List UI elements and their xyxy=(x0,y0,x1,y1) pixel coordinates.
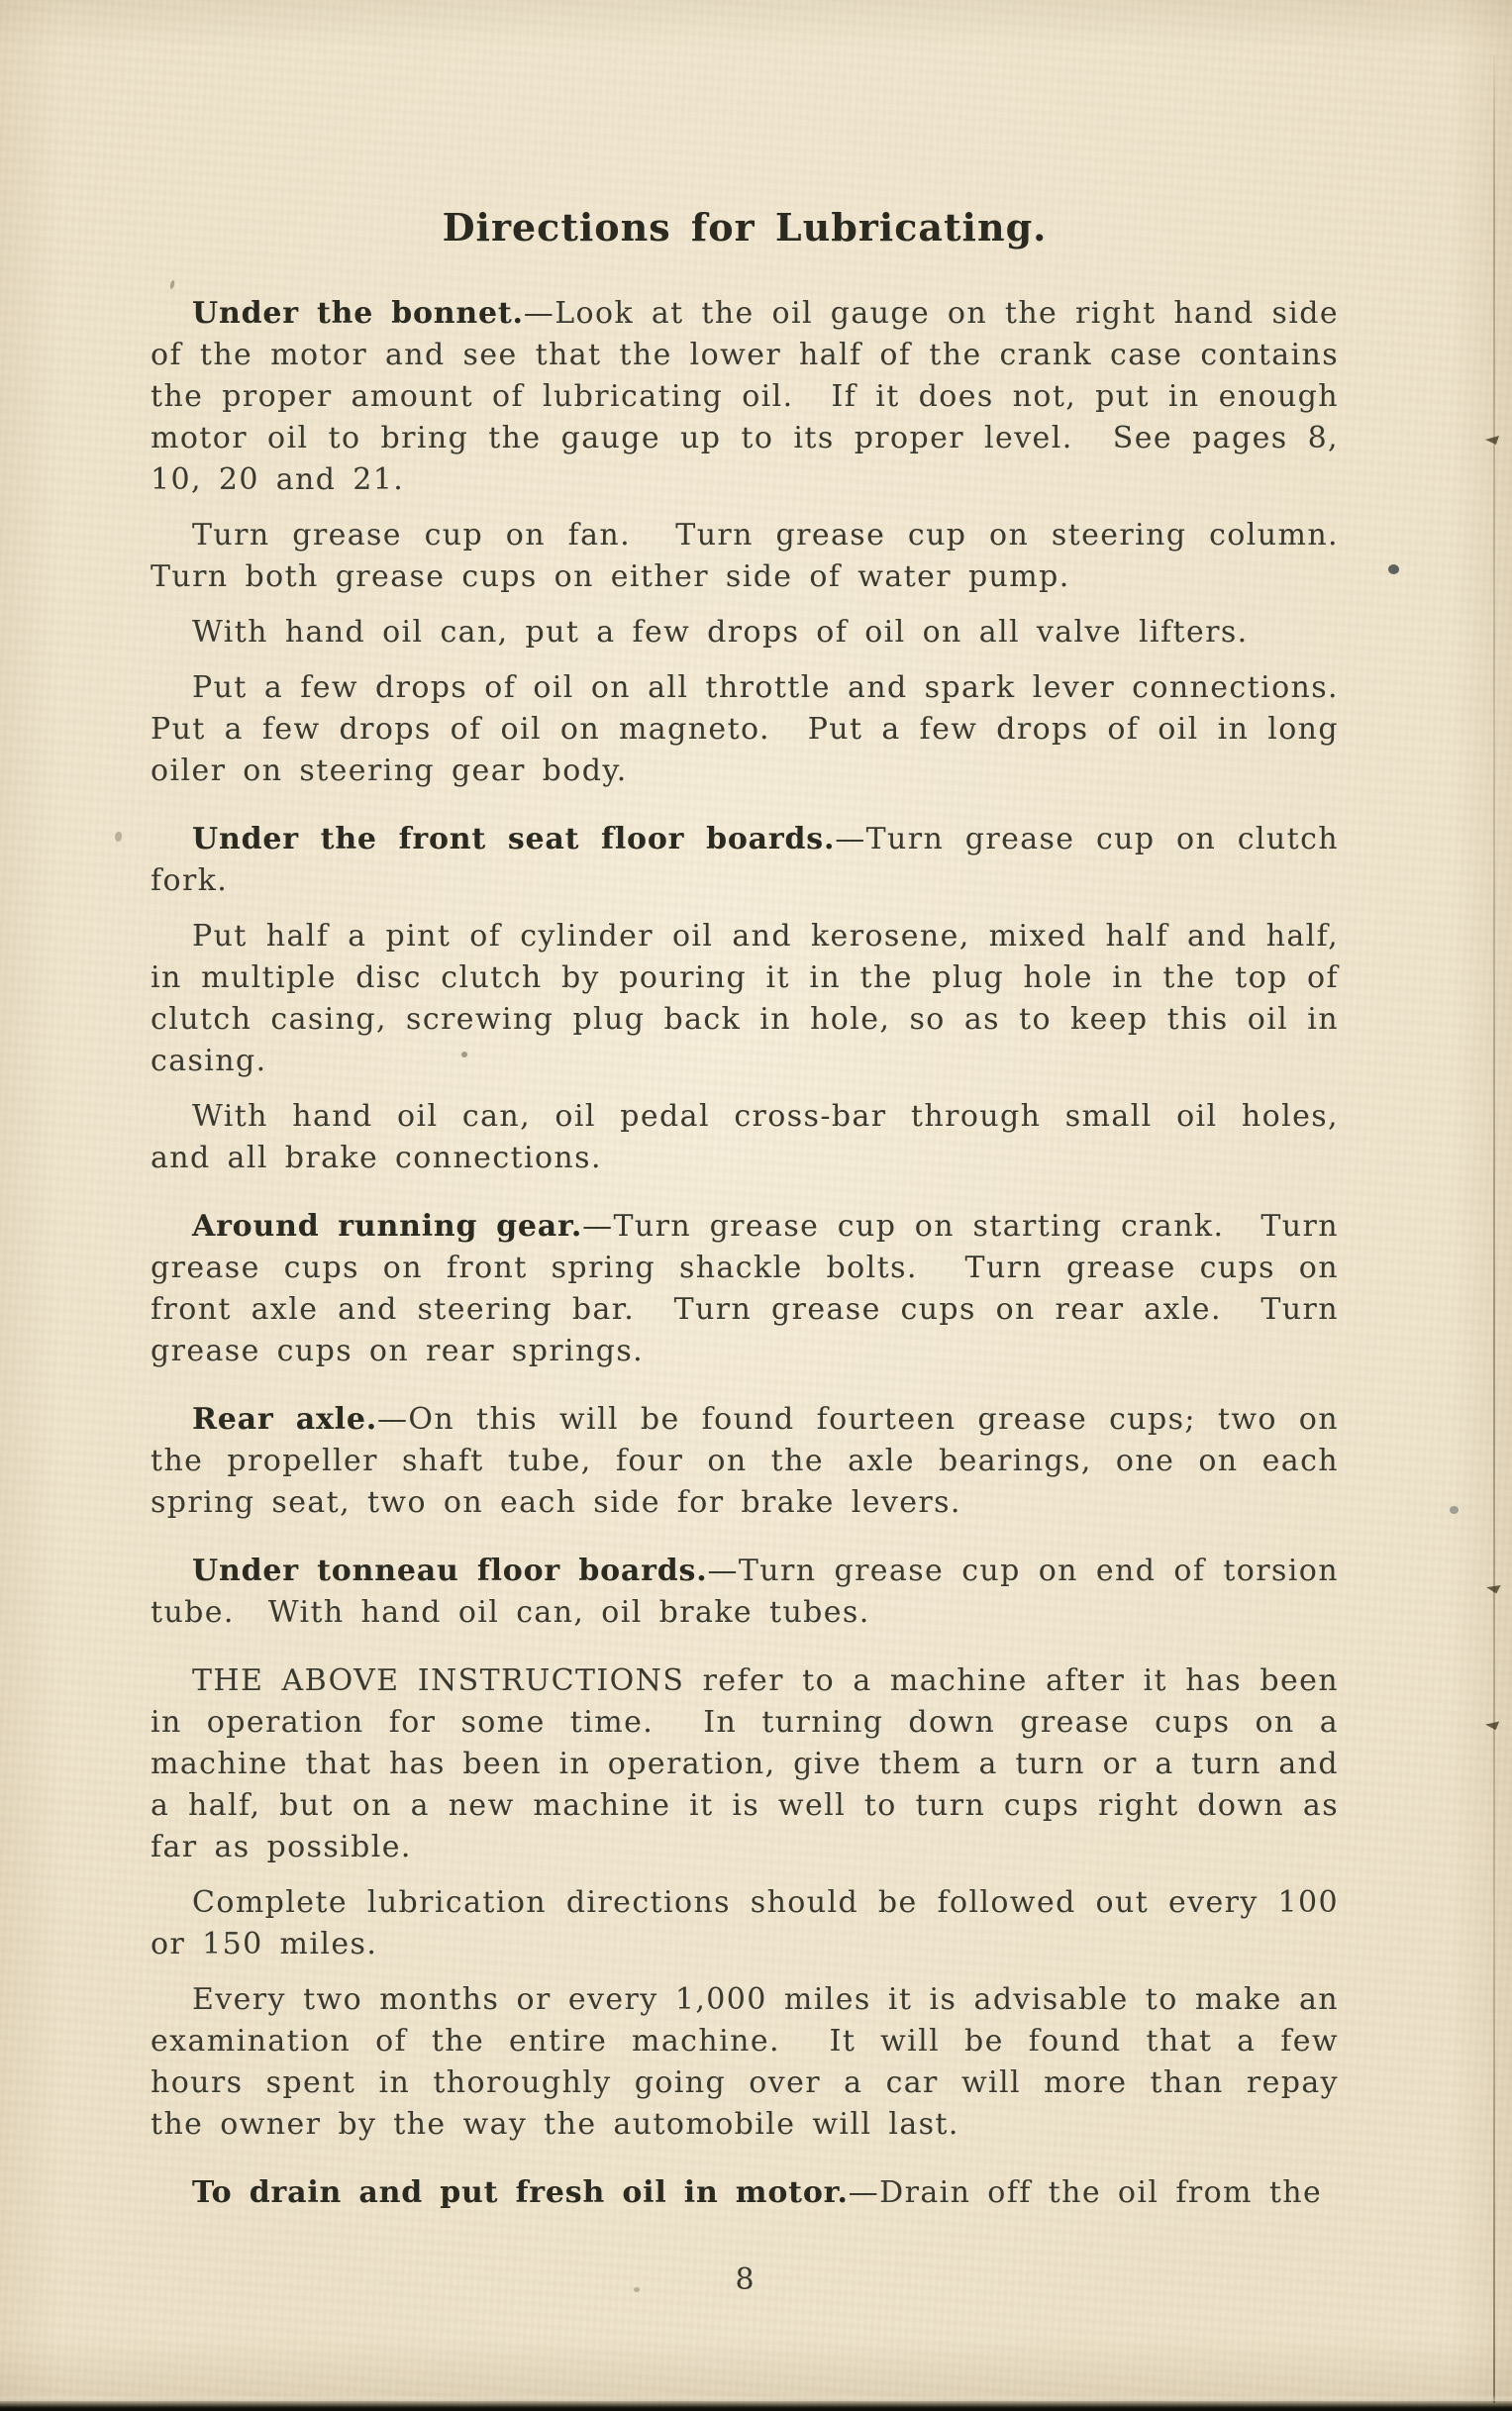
paragraph: Every two months or every 1,000 miles it… xyxy=(151,1979,1339,2146)
scan-speck xyxy=(115,832,122,842)
paragraph: With hand oil can, oil pedal cross-bar t… xyxy=(151,1096,1339,1179)
scan-speck xyxy=(1450,1506,1459,1514)
page-content: Directions for Lubricating. Under the bo… xyxy=(151,206,1339,2301)
paragraph-body: Put half a pint of cylinder oil and kero… xyxy=(151,919,1356,1078)
paragraph-body: With hand oil can, put a few drops of oi… xyxy=(192,615,1249,650)
paragraph: Under the front seat floor boards.—Turn … xyxy=(151,819,1339,902)
paragraph: Under tonneau floor boards.—Turn grease … xyxy=(151,1551,1339,1634)
paragraph-body: Turn grease cup on fan. Turn grease cup … xyxy=(151,518,1372,594)
paragraph: Put a few drops of oil on all throttle a… xyxy=(151,667,1339,792)
paragraph: To drain and put fresh oil in motor.—Dra… xyxy=(151,2172,1339,2214)
paragraph: THE ABOVE INSTRUCTIONS refer to a machin… xyxy=(151,1660,1339,1868)
paragraph: Around running gear.—Turn grease cup on … xyxy=(151,1206,1339,1372)
scan-speck xyxy=(461,1052,467,1057)
scan-crease-line xyxy=(1493,54,1495,2403)
paragraph: Turn grease cup on fan. Turn grease cup … xyxy=(151,515,1339,598)
paragraph-lead: Under the front seat floor boards. xyxy=(192,822,835,856)
paragraph-body: THE ABOVE INSTRUCTIONS refer to a machin… xyxy=(151,1663,1356,1864)
paragraph-body: Put a few drops of oil on all throttle a… xyxy=(151,670,1372,788)
paragraph-body: Every two months or every 1,000 miles it… xyxy=(151,1982,1356,2142)
paragraph-lead: To drain and put fresh oil in motor. xyxy=(192,2175,849,2210)
paragraph-lead: Rear axle. xyxy=(192,1402,377,1437)
paragraph-lead: Under tonneau floor boards. xyxy=(192,1554,707,1588)
paragraph: Under the bonnet.—Look at the oil gauge … xyxy=(151,293,1339,501)
paragraph-body: Complete lubrication directions should b… xyxy=(151,1885,1356,1961)
document-page: Directions for Lubricating. Under the bo… xyxy=(0,0,1512,2411)
scan-crease-mark xyxy=(1485,436,1499,445)
paragraph-body: —Drain off the oil from the xyxy=(849,2175,1322,2210)
scan-crease-mark xyxy=(1485,1721,1500,1731)
paragraph: Complete lubrication directions should b… xyxy=(151,1882,1339,1965)
page-title: Directions for Lubricating. xyxy=(151,206,1339,250)
page-number: 8 xyxy=(151,2260,1339,2301)
paragraph-lead: Around running gear. xyxy=(192,1209,582,1244)
paragraph: With hand oil can, put a few drops of oi… xyxy=(151,612,1339,653)
page-bottom-edge xyxy=(0,2398,1512,2411)
paragraph: Rear axle.—On this will be found fourtee… xyxy=(151,1399,1339,1524)
scan-speck xyxy=(634,2287,640,2292)
paragraph: Put half a pint of cylinder oil and kero… xyxy=(151,916,1339,1082)
paragraph-body: With hand oil can, oil pedal cross-bar t… xyxy=(151,1099,1356,1175)
scan-speck xyxy=(1388,564,1399,574)
paragraph-lead: Under the bonnet. xyxy=(192,296,524,331)
